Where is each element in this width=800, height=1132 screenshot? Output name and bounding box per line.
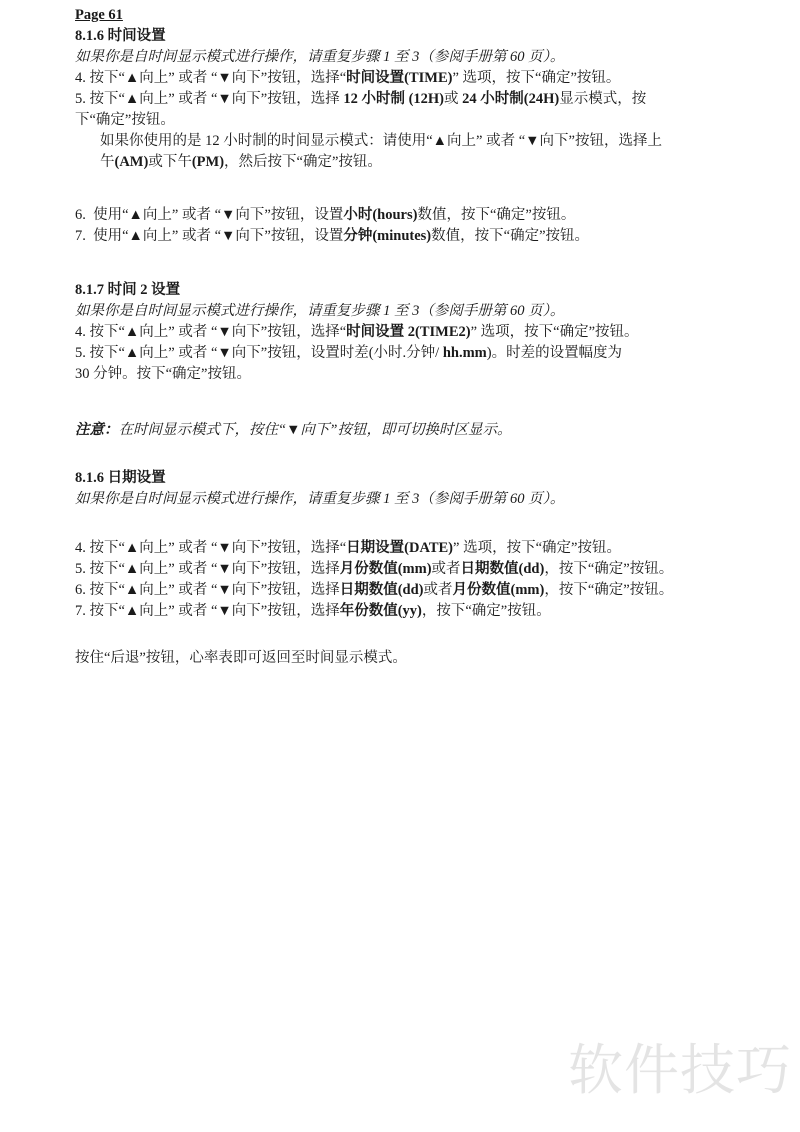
- step-line: 6. 按下“▲向上” 或者 “▼向下”按钮，选择日期数值(dd)或者月份数值(m…: [75, 580, 793, 601]
- text-run: 日期数值(dd): [461, 561, 545, 577]
- text-run: 分钟(minutes): [343, 228, 431, 244]
- text-run: )。时差的设置幅度为: [487, 345, 622, 361]
- text-run: 如果你是自时间显示模式进行操作，请重复步骤 1 至 3（参阅手册第 60 页）。: [75, 49, 564, 65]
- note-line: 注意：在时间显示模式下，按住“▼向下”按钮，即可切换时区显示。: [75, 420, 793, 441]
- intro-italic: 如果你是自时间显示模式进行操作，请重复步骤 1 至 3（参阅手册第 60 页）。: [75, 489, 793, 510]
- text-run: 5. 按下“▲向上” 或者 “▼向下”按钮，选择: [75, 91, 343, 107]
- text-run: 6. 使用“▲向上” 或者 “▼向下”按钮，设置: [75, 207, 343, 223]
- step-line: 5. 按下“▲向上” 或者 “▼向下”按钮，选择 12 小时制 (12H)或 2…: [75, 89, 793, 110]
- spacer: [75, 385, 793, 420]
- text-run: ” 选项，按下“确定”按钮。: [453, 540, 621, 556]
- text-run: 或者: [424, 582, 453, 598]
- text-run: 注意：: [75, 422, 119, 438]
- text-run: 如果你是自时间显示模式进行操作，请重复步骤 1 至 3（参阅手册第 60 页）。: [75, 491, 564, 507]
- page-number: Page 61: [75, 5, 793, 26]
- text-run: 5. 按下“▲向上” 或者 “▼向下”按钮，选择: [75, 561, 340, 577]
- text-run: hh.mm: [443, 345, 487, 361]
- text-run: 月份数值(mm): [340, 561, 432, 577]
- text-run: 4. 按下“▲向上” 或者 “▼向下”按钮，选择“: [75, 70, 346, 86]
- step-line: 4. 按下“▲向上” 或者 “▼向下”按钮，选择“时间设置(TIME)” 选项，…: [75, 68, 793, 89]
- step-line: 4. 按下“▲向上” 或者 “▼向下”按钮，选择“时间设置 2(TIME2)” …: [75, 322, 793, 343]
- intro-italic: 如果你是自时间显示模式进行操作，请重复步骤 1 至 3（参阅手册第 60 页）。: [75, 47, 793, 68]
- spacer: [75, 510, 793, 538]
- step-line: 下“确定”按钮。: [75, 110, 793, 131]
- text-run: 8.1.6 时间设置: [75, 28, 166, 44]
- text-run: 如果你使用的是 12 小时制的时间显示模式：请使用“▲向上” 或者 “▼向下”按…: [100, 133, 662, 149]
- section-heading: 8.1.7 时间 2 设置: [75, 280, 793, 301]
- text-run: 年份数值(yy): [340, 603, 422, 619]
- step-line: 7. 按下“▲向上” 或者 “▼向下”按钮，选择年份数值(yy)，按下“确定”按…: [75, 601, 793, 622]
- text-run: 数值，按下“确定”按钮。: [417, 207, 575, 223]
- text-run: Page 61: [75, 7, 123, 23]
- text-run: 如果你是自时间显示模式进行操作，请重复步骤 1 至 3（参阅手册第 60 页）。: [75, 303, 564, 319]
- text-run: ，按下“确定”按钮。: [544, 561, 673, 577]
- text-run: 7. 使用“▲向上” 或者 “▼向下”按钮，设置: [75, 228, 343, 244]
- text-run: 日期设置(DATE): [346, 540, 453, 556]
- text-run: ，然后按下“确定”按钮。: [224, 154, 382, 170]
- text-run: 时间设置 2(TIME2): [346, 324, 470, 340]
- text-run: 8.1.7 时间 2 设置: [75, 282, 180, 298]
- text-run: 小时(hours): [343, 207, 417, 223]
- spacer: [75, 247, 793, 280]
- text-run: ，按下“确定”按钮。: [422, 603, 551, 619]
- text-run: 4. 按下“▲向上” 或者 “▼向下”按钮，选择“: [75, 324, 346, 340]
- step-line: 5. 按下“▲向上” 或者 “▼向下”按钮，选择月份数值(mm)或者日期数值(d…: [75, 559, 793, 580]
- watermark: 软件技巧: [568, 1040, 792, 1100]
- intro-italic: 如果你是自时间显示模式进行操作，请重复步骤 1 至 3（参阅手册第 60 页）。: [75, 301, 793, 322]
- text-run: 按住“后退”按钮，心率表即可返回至时间显示模式。: [75, 650, 407, 666]
- text-run: ” 选项，按下“确定”按钮。: [471, 324, 639, 340]
- text-run: 4. 按下“▲向上” 或者 “▼向下”按钮，选择“: [75, 540, 346, 556]
- text-run: ” 选项，按下“确定”按钮。: [452, 70, 620, 86]
- step-line: 7. 使用“▲向上” 或者 “▼向下”按钮，设置分钟(minutes)数值，按下…: [75, 226, 793, 247]
- text-run: 时间设置(TIME): [346, 70, 452, 86]
- text-run: (PM): [192, 154, 224, 170]
- text-run: 数值，按下“确定”按钮。: [431, 228, 589, 244]
- text-run: 或者: [432, 561, 461, 577]
- step-line: 6. 使用“▲向上” 或者 “▼向下”按钮，设置小时(hours)数值，按下“确…: [75, 205, 793, 226]
- spacer: [75, 173, 793, 205]
- text-run: 午: [100, 154, 115, 170]
- text-run: 5. 按下“▲向上” 或者 “▼向下”按钮，设置时差(小时.分钟/: [75, 345, 443, 361]
- text-run: (AM): [115, 154, 149, 170]
- section-heading: 8.1.6 时间设置: [75, 26, 793, 47]
- document-page: Page 618.1.6 时间设置如果你是自时间显示模式进行操作，请重复步骤 1…: [0, 0, 800, 1132]
- step-line: 5. 按下“▲向上” 或者 “▼向下”按钮，设置时差(小时.分钟/ hh.mm)…: [75, 343, 793, 364]
- text-run: 日期数值(dd): [340, 582, 424, 598]
- text-run: 30 分钟。按下“确定”按钮。: [75, 366, 251, 382]
- step-line: 午(AM)或下午(PM)，然后按下“确定”按钮。: [75, 152, 793, 173]
- text-run: ，按下“确定”按钮。: [544, 582, 673, 598]
- text-run: 6. 按下“▲向上” 或者 “▼向下”按钮，选择: [75, 582, 340, 598]
- text-run: 下“确定”按钮。: [75, 112, 175, 128]
- text-run: 12 小时制 (12H): [343, 91, 444, 107]
- text-run: 或: [444, 91, 462, 107]
- text-run: 显示模式，按: [559, 91, 646, 107]
- spacer: [75, 622, 793, 648]
- document-content: Page 618.1.6 时间设置如果你是自时间显示模式进行操作，请重复步骤 1…: [75, 5, 793, 669]
- text-run: 8.1.6 日期设置: [75, 470, 166, 486]
- section-heading: 8.1.6 日期设置: [75, 468, 793, 489]
- text-run: 24 小时制(24H): [462, 91, 559, 107]
- text-run: 月份数值(mm): [453, 582, 545, 598]
- step-line: 如果你使用的是 12 小时制的时间显示模式：请使用“▲向上” 或者 “▼向下”按…: [75, 131, 793, 152]
- text-run: 或下午: [148, 154, 192, 170]
- spacer: [75, 441, 793, 468]
- step-line: 4. 按下“▲向上” 或者 “▼向下”按钮，选择“日期设置(DATE)” 选项，…: [75, 538, 793, 559]
- text-run: 7. 按下“▲向上” 或者 “▼向下”按钮，选择: [75, 603, 340, 619]
- closing-line: 按住“后退”按钮，心率表即可返回至时间显示模式。: [75, 648, 793, 669]
- text-run: 在时间显示模式下，按住“▼向下”按钮，即可切换时区显示。: [119, 422, 512, 438]
- step-line: 30 分钟。按下“确定”按钮。: [75, 364, 793, 385]
